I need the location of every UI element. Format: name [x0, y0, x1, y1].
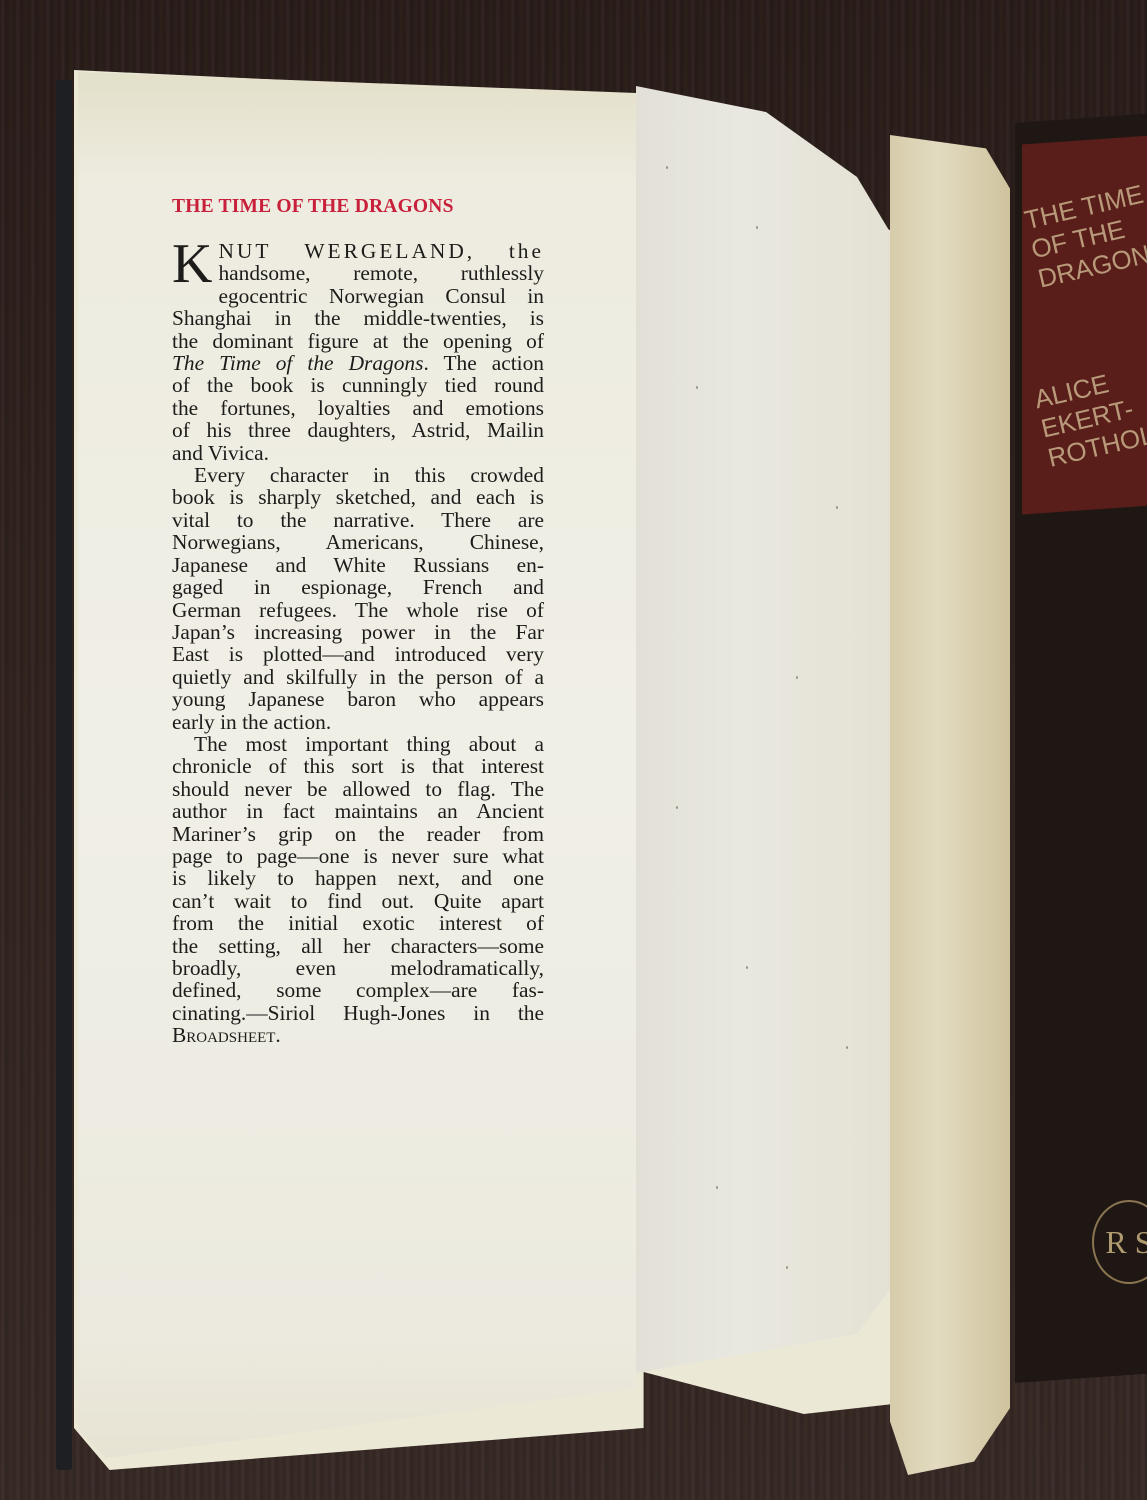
text-line: cinating.—Siriol Hugh-Jones in the [172, 1002, 544, 1024]
jacket-spine-fold [890, 135, 1010, 1475]
text-line: broadly, even melodramatically, [172, 957, 544, 979]
book-board-edge [56, 80, 72, 1470]
text-line: egocentric Norwegian Consul in [172, 285, 544, 307]
text-line: can’t wait to find out. Quite apart [172, 890, 544, 912]
flap-title: THE TIME OF THE DRAGONS [172, 196, 544, 218]
text-line: NUT WERGELAND, the [172, 240, 544, 262]
book-title-italic: The Time of the Dragons [172, 351, 423, 375]
text-line: and Vivica. [172, 442, 544, 464]
jacket-back-panel [636, 86, 896, 1386]
text-line: vital to the narrative. There are [172, 509, 544, 531]
text-line: The Time of the Dragons. The action [172, 352, 544, 374]
text-line: the setting, all her characters—some [172, 935, 544, 957]
text-line: the fortunes, loyalties and emotions [172, 397, 544, 419]
text-line: gaged in espionage, French and [172, 576, 544, 598]
text-line: should never be allowed to flag. The [172, 778, 544, 800]
text-line: Japan’s increasing power in the Far [172, 621, 544, 643]
text-line: the dominant figure at the opening of [172, 330, 544, 352]
text-line: chronicle of this sort is that interest [172, 755, 544, 777]
text-line: from the initial exotic interest of [172, 912, 544, 934]
blurb-paragraph-3: The most important thing about a chronic… [172, 733, 544, 1047]
text-line: Shanghai in the middle-twenties, is [172, 307, 544, 329]
text-fragment: . The action [423, 351, 544, 375]
text-line: Norwegians, Americans, Chinese, [172, 531, 544, 553]
text-line: is likely to happen next, and one [172, 867, 544, 889]
text-line: of the book is cunningly tied round [172, 374, 544, 396]
text-line: early in the action. [172, 711, 544, 733]
text-line: page to page—one is never sure what [172, 845, 544, 867]
flap-text: THE TIME OF THE DRAGONS K NUT WERGELAND,… [172, 196, 544, 1047]
text-line: author in fact maintains an Ancient [172, 800, 544, 822]
text-line: defined, some complex—are fas- [172, 979, 544, 1001]
text-line: Every character in this crowded [172, 464, 544, 486]
text-line: German refugees. The whole rise of [172, 599, 544, 621]
drop-cap: K [172, 242, 212, 286]
blurb-paragraph-1: K NUT WERGELAND, the handsome, remote, r… [172, 240, 544, 464]
text-line: of his three daughters, Astrid, Mailin [172, 419, 544, 441]
review-source: Broadsheet. [172, 1024, 544, 1046]
text-line: The most important thing about a [172, 733, 544, 755]
text-line: Mariner’s grip on the reader from [172, 823, 544, 845]
text-line: East is plotted—and introduced very [172, 643, 544, 665]
text-line: Japanese and White Russians en- [172, 554, 544, 576]
text-line: young Japanese baron who appears [172, 688, 544, 710]
blurb-paragraph-2: Every character in this crowded book is … [172, 464, 544, 733]
text-line: handsome, remote, ruthlessly [172, 262, 544, 284]
text-line: quietly and skilfully in the person of a [172, 666, 544, 688]
text-line: book is sharply sketched, and each is [172, 486, 544, 508]
